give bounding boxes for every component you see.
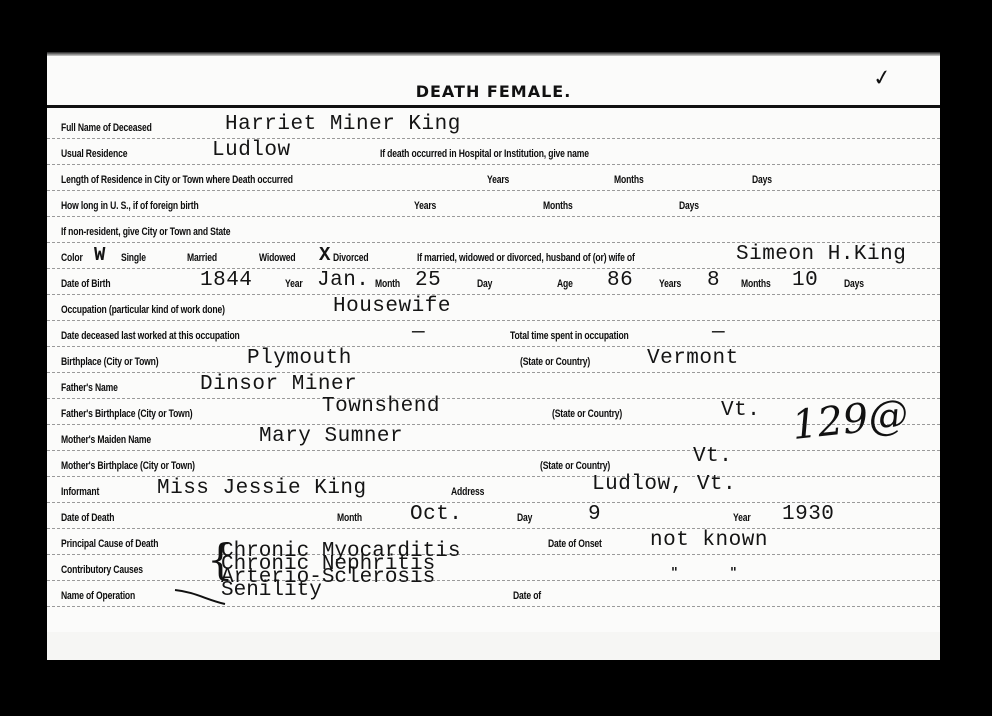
- connector-line-icon: [47, 52, 940, 660]
- death-record-card: DEATH FEMALE. ✓ Full Name of Deceased Ha…: [47, 52, 940, 660]
- card-bottom: [47, 632, 940, 660]
